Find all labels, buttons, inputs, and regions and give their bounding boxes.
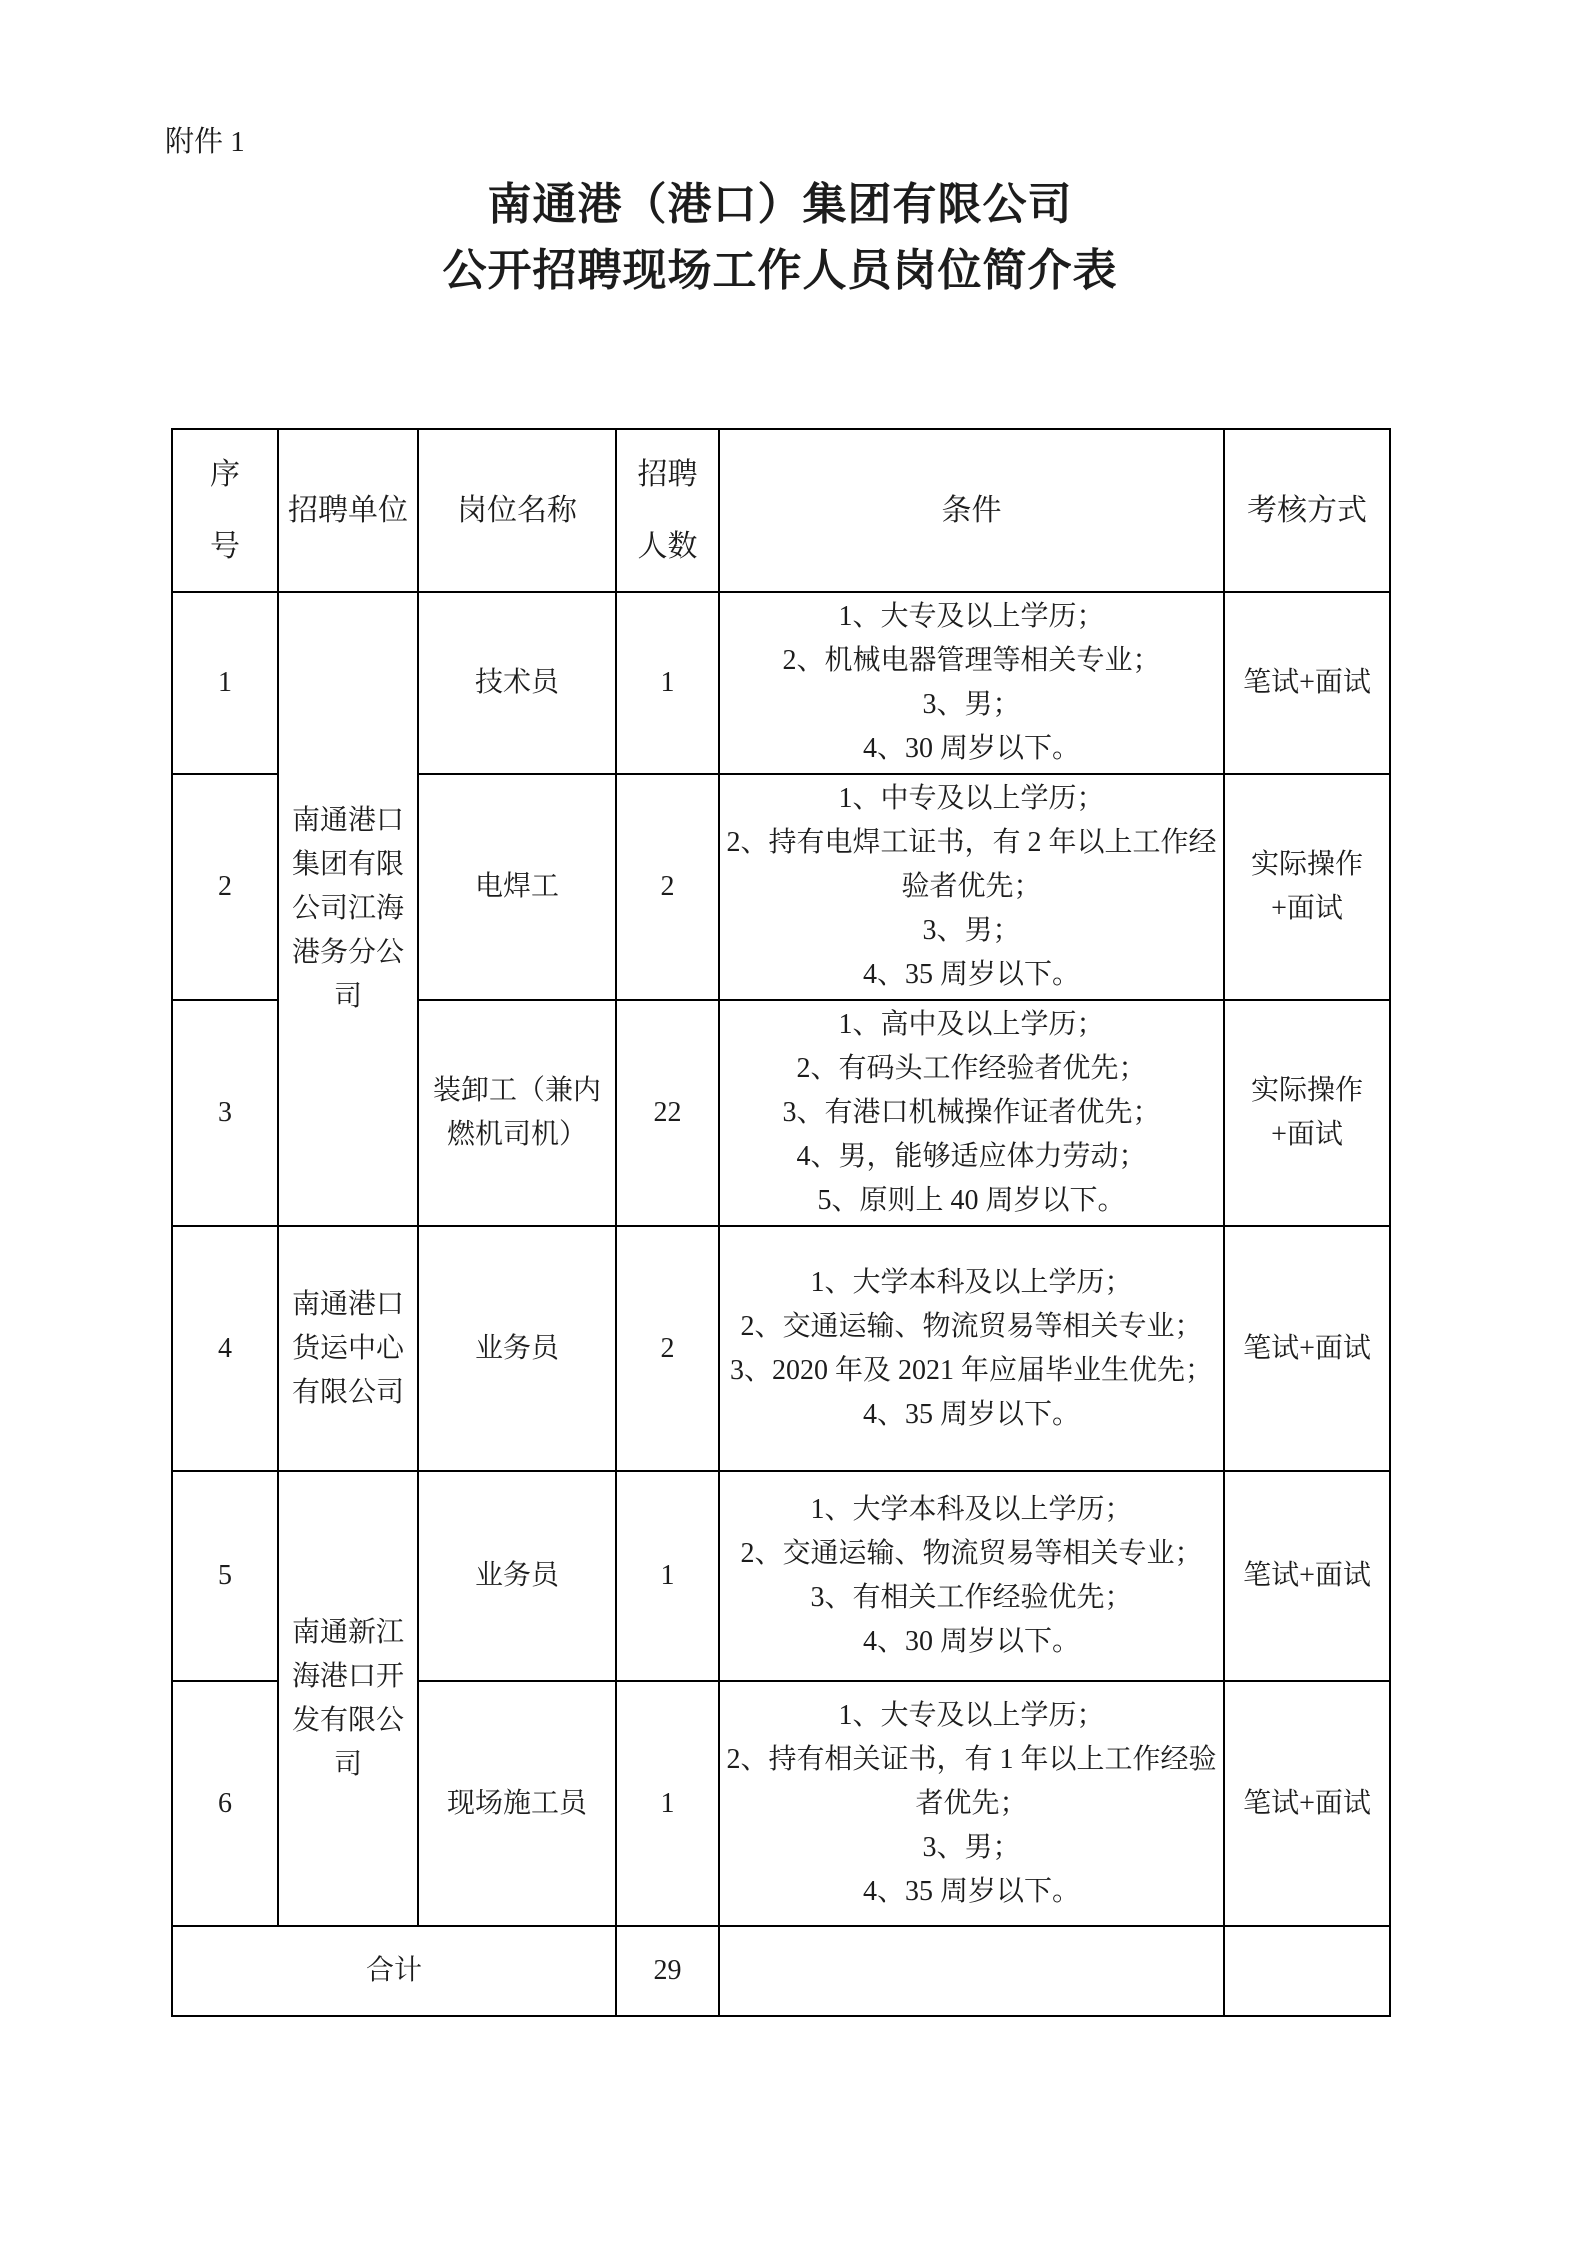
condition-item: 2、持有电焊工证书，有 2 年以上工作经验者优先；: [726, 821, 1217, 909]
condition-item: 2、机械电器管理等相关专业；: [726, 639, 1217, 683]
condition-item: 4、男，能够适应体力劳动；: [726, 1135, 1217, 1179]
cell-conditions: 1、大学本科及以上学历； 2、交通运输、物流贸易等相关专业； 3、2020 年及…: [719, 1226, 1224, 1471]
header-headcount-label: 招聘人数: [630, 439, 705, 583]
condition-item: 3、有相关工作经验优先；: [726, 1576, 1217, 1620]
condition-item: 4、35 周岁以下。: [726, 1870, 1217, 1914]
cell-seq: 1: [172, 592, 278, 774]
header-position: 岗位名称: [418, 429, 616, 592]
cell-employer: 南通新江海港口开发有限公司: [278, 1471, 418, 1926]
condition-item: 5、原则上 40 周岁以下。: [726, 1179, 1217, 1223]
table-row: 4 南通港口货运中心有限公司 业务员 2 1、大学本科及以上学历； 2、交通运输…: [172, 1226, 1390, 1471]
condition-item: 1、大专及以上学历；: [726, 1694, 1217, 1738]
cell-employer: 南通港口货运中心有限公司: [278, 1226, 418, 1471]
condition-item: 2、交通运输、物流贸易等相关专业；: [726, 1305, 1217, 1349]
table-header-row: 序号 招聘单位 岗位名称 招聘人数 条件 考核方式: [172, 429, 1390, 592]
cell-conditions: 1、大专及以上学历； 2、持有相关证书，有 1 年以上工作经验者优先； 3、男；…: [719, 1681, 1224, 1926]
cell-position: 业务员: [418, 1226, 616, 1471]
table-row: 1 南通港口集团有限公司江海港务分公司 技术员 1 1、大专及以上学历； 2、机…: [172, 592, 1390, 774]
cell-assessment: 笔试+面试: [1224, 1226, 1390, 1471]
cell-headcount: 2: [616, 774, 719, 1000]
total-conditions-cell: [719, 1926, 1224, 2016]
header-headcount: 招聘人数: [616, 429, 719, 592]
total-assessment-cell: [1224, 1926, 1390, 2016]
condition-item: 1、大学本科及以上学历；: [726, 1488, 1217, 1532]
cell-assessment: 笔试+面试: [1224, 1681, 1390, 1926]
condition-item: 4、35 周岁以下。: [726, 953, 1217, 997]
cell-position: 现场施工员: [418, 1681, 616, 1926]
table-row: 5 南通新江海港口开发有限公司 业务员 1 1、大学本科及以上学历； 2、交通运…: [172, 1471, 1390, 1681]
cell-assessment: 实际操作+面试: [1224, 774, 1390, 1000]
condition-item: 3、男；: [726, 683, 1217, 727]
cell-assessment: 笔试+面试: [1224, 592, 1390, 774]
total-headcount-cell: 29: [616, 1926, 719, 2016]
header-seq: 序号: [172, 429, 278, 592]
cell-conditions: 1、大专及以上学历； 2、机械电器管理等相关专业； 3、男； 4、30 周岁以下…: [719, 592, 1224, 774]
cell-assessment: 实际操作+面试: [1224, 1000, 1390, 1226]
header-employer: 招聘单位: [278, 429, 418, 592]
condition-item: 1、高中及以上学历；: [726, 1003, 1217, 1047]
document-page: 附件 1 南通港（港口）集团有限公司 公开招聘现场工作人员岗位简介表 序号 招聘…: [0, 0, 1587, 2245]
condition-item: 4、35 周岁以下。: [726, 1393, 1217, 1437]
condition-item: 1、大专及以上学历；: [726, 595, 1217, 639]
condition-item: 1、大学本科及以上学历；: [726, 1261, 1217, 1305]
condition-item: 3、男；: [726, 909, 1217, 953]
cell-seq: 6: [172, 1681, 278, 1926]
total-label-cell: 合计: [172, 1926, 616, 2016]
cell-assessment: 笔试+面试: [1224, 1471, 1390, 1681]
header-seq-label: 序号: [207, 439, 243, 583]
cell-position: 电焊工: [418, 774, 616, 1000]
condition-item: 4、30 周岁以下。: [726, 1620, 1217, 1664]
cell-position: 装卸工（兼内燃机司机）: [418, 1000, 616, 1226]
condition-item: 2、持有相关证书，有 1 年以上工作经验者优先；: [726, 1738, 1217, 1826]
cell-headcount: 22: [616, 1000, 719, 1226]
cell-employer: 南通港口集团有限公司江海港务分公司: [278, 592, 418, 1226]
cell-conditions: 1、大学本科及以上学历； 2、交通运输、物流贸易等相关专业； 3、有相关工作经验…: [719, 1471, 1224, 1681]
condition-item: 3、男；: [726, 1826, 1217, 1870]
condition-item: 1、中专及以上学历；: [726, 777, 1217, 821]
attachment-label: 附件 1: [165, 0, 1587, 162]
header-assessment: 考核方式: [1224, 429, 1390, 592]
recruitment-table: 序号 招聘单位 岗位名称 招聘人数 条件 考核方式 1 南通港口集团有限公司江海…: [171, 428, 1391, 2017]
header-conditions: 条件: [719, 429, 1224, 592]
cell-headcount: 1: [616, 592, 719, 774]
cell-position: 技术员: [418, 592, 616, 774]
cell-headcount: 2: [616, 1226, 719, 1471]
condition-item: 3、有港口机械操作证者优先；: [726, 1091, 1217, 1135]
document-title-line2: 公开招聘现场工作人员岗位简介表: [171, 242, 1389, 300]
cell-seq: 4: [172, 1226, 278, 1471]
cell-seq: 5: [172, 1471, 278, 1681]
condition-item: 4、30 周岁以下。: [726, 727, 1217, 771]
condition-item: 3、2020 年及 2021 年应届毕业生优先；: [726, 1349, 1217, 1393]
cell-seq: 3: [172, 1000, 278, 1226]
cell-headcount: 1: [616, 1471, 719, 1681]
document-title-line1: 南通港（港口）集团有限公司: [171, 176, 1389, 234]
cell-conditions: 1、高中及以上学历； 2、有码头工作经验者优先； 3、有港口机械操作证者优先； …: [719, 1000, 1224, 1226]
condition-item: 2、交通运输、物流贸易等相关专业；: [726, 1532, 1217, 1576]
cell-headcount: 1: [616, 1681, 719, 1926]
cell-conditions: 1、中专及以上学历； 2、持有电焊工证书，有 2 年以上工作经验者优先； 3、男…: [719, 774, 1224, 1000]
cell-seq: 2: [172, 774, 278, 1000]
table-total-row: 合计 29: [172, 1926, 1390, 2016]
condition-item: 2、有码头工作经验者优先；: [726, 1047, 1217, 1091]
cell-position: 业务员: [418, 1471, 616, 1681]
